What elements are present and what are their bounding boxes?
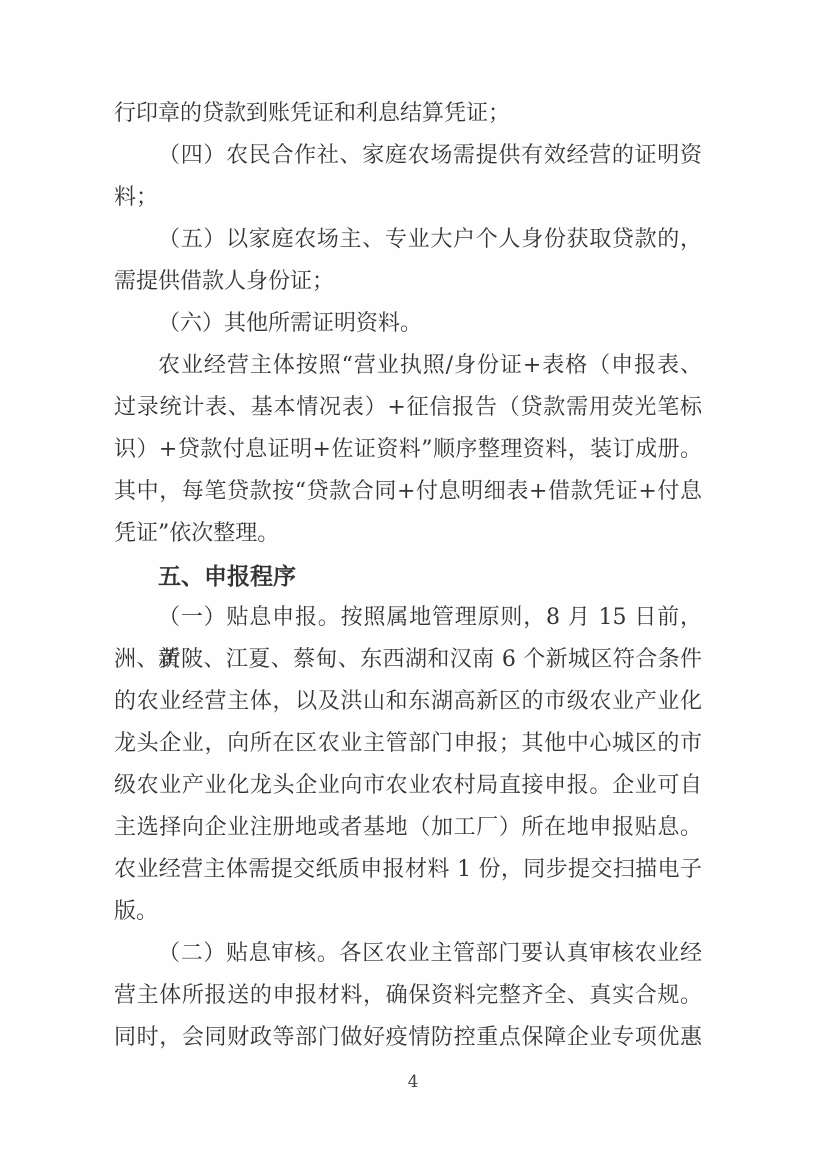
text-line: 级农业产业化龙头企业向市农业农村局直接申报。企业可自 — [114, 765, 702, 807]
text-line: 版。 — [114, 891, 702, 933]
text-line: 营主体所报送的申报材料，确保资料完整齐全、真实合规。 — [114, 975, 702, 1017]
text-line: （五）以家庭农场主、专业大户个人身份获取贷款的， — [114, 219, 702, 261]
text-line: 行印章的贷款到账凭证和利息结算凭证； — [114, 93, 702, 135]
text-line: （四）农民合作社、家庭农场需提供有效经营的证明资 — [114, 135, 702, 177]
text-line: 识）+贷款付息证明+佐证资料”顺序整理资料，装订成册。 — [114, 429, 702, 471]
text-line: （一）贴息申报。按照属地管理原则，8 月 15 日前，新 — [114, 597, 702, 639]
text-line: 农业经营主体按照“营业执照/身份证+表格（申报表、 — [114, 345, 702, 387]
text-line: （二）贴息审核。各区农业主管部门要认真审核农业经 — [114, 933, 702, 975]
text-line: 同时，会同财政等部门做好疫情防控重点保障企业专项优惠 — [114, 1017, 702, 1059]
text-line: 需提供借款人身份证； — [114, 261, 702, 303]
page-number: 4 — [0, 1070, 826, 1094]
text-line: 的农业经营主体，以及洪山和东湖高新区的市级农业产业化 — [114, 681, 702, 723]
text-line: 主选择向企业注册地或者基地（加工厂）所在地申报贴息。 — [114, 807, 702, 849]
text-line: 龙头企业，向所在区农业主管部门申报；其他中心城区的市 — [114, 723, 702, 765]
document-body: 行印章的贷款到账凭证和利息结算凭证；（四）农民合作社、家庭农场需提供有效经营的证… — [114, 93, 702, 1059]
text-line: 洲、黄陂、江夏、蔡甸、东西湖和汉南 6 个新城区符合条件 — [114, 639, 702, 681]
text-line: 其中，每笔贷款按“贷款合同+付息明细表+借款凭证+付息 — [114, 471, 702, 513]
text-line: 过录统计表、基本情况表）+征信报告（贷款需用荧光笔标 — [114, 387, 702, 429]
text-line: 凭证”依次整理。 — [114, 513, 702, 555]
text-line: （六）其他所需证明资料。 — [114, 303, 702, 345]
section-heading: 五、申报程序 — [114, 555, 702, 597]
text-line: 料； — [114, 177, 702, 219]
text-line: 农业经营主体需提交纸质申报材料 1 份，同步提交扫描电子 — [114, 849, 702, 891]
document-page: 行印章的贷款到账凭证和利息结算凭证；（四）农民合作社、家庭农场需提供有效经营的证… — [0, 0, 826, 1168]
